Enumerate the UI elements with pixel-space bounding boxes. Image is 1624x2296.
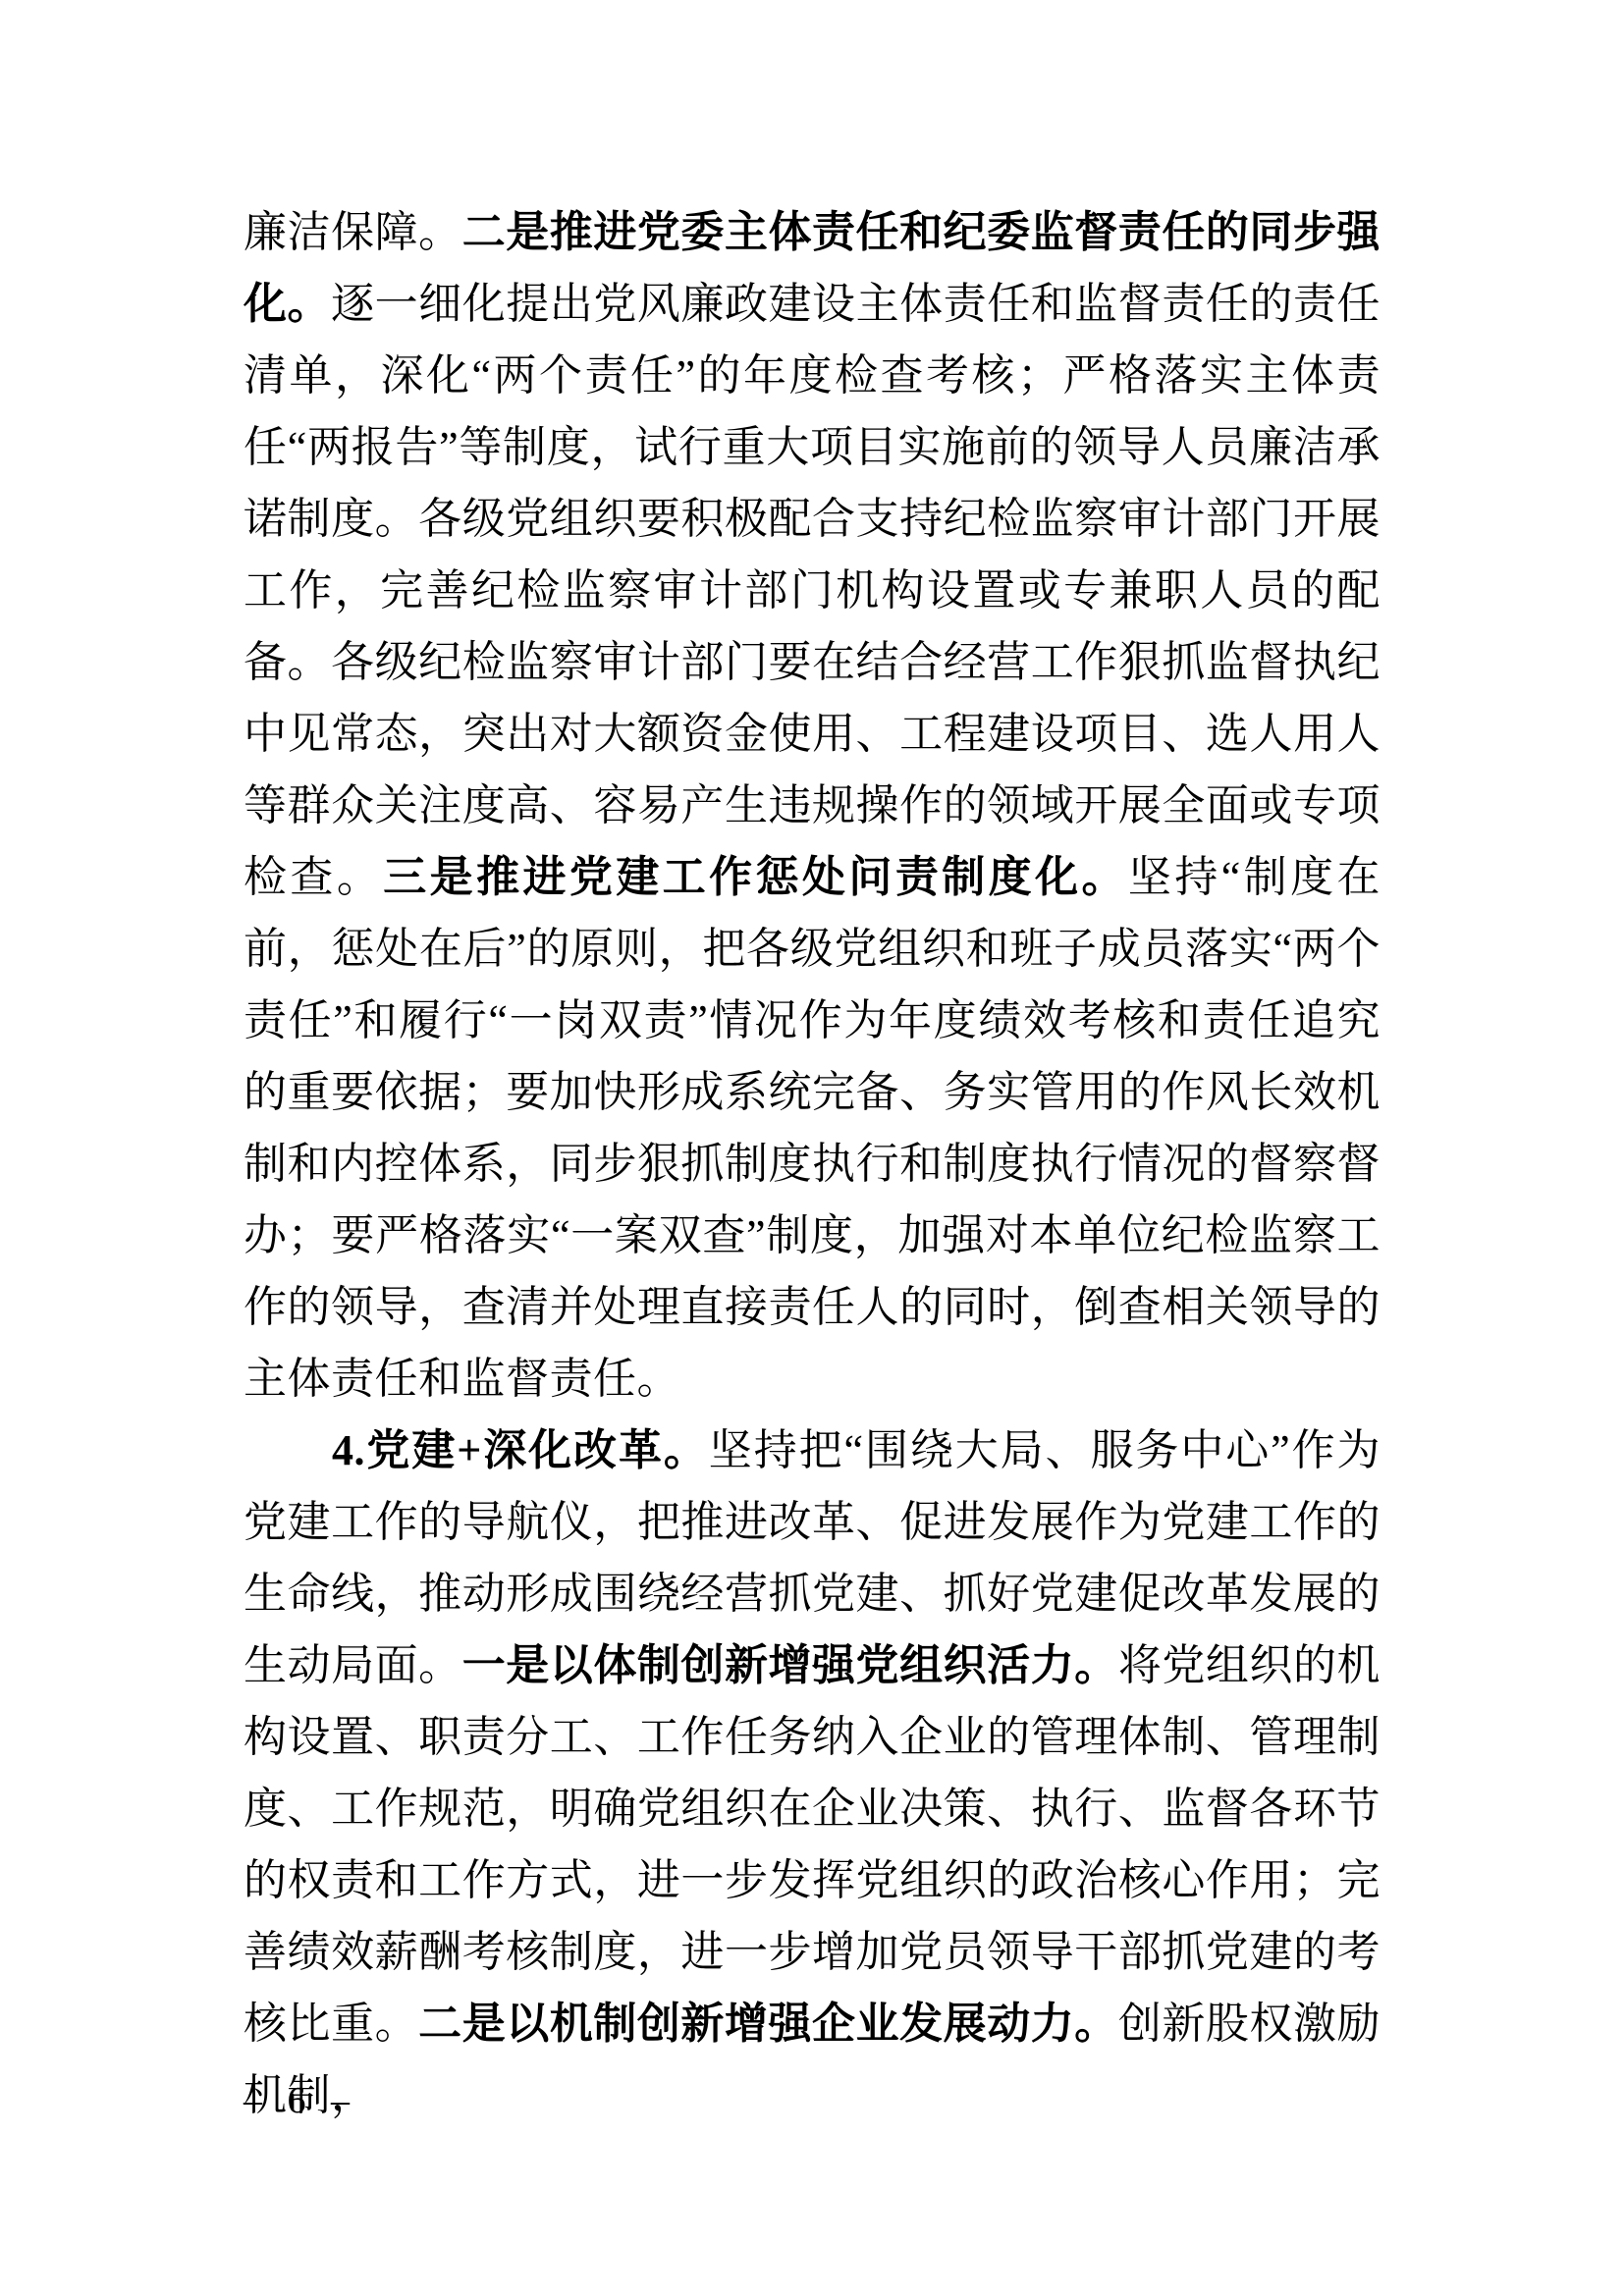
page-number: – 6 – — [244, 2079, 357, 2122]
document-body: 廉洁保障。二是推进党委主体责任和纪委监督责任的同步强化。逐一细化提出党风廉政建设… — [244, 196, 1380, 2131]
text-run: 逐一细化提出党风廉政建设主体责任和监督责任的责任清单，深化“两个责任”的年度检查… — [244, 280, 1380, 901]
text-run-bold: 4.党建+深化改革。 — [332, 1426, 709, 1474]
paragraph-1: 廉洁保障。二是推进党委主体责任和纪委监督责任的同步强化。逐一细化提出党风廉政建设… — [244, 196, 1380, 1415]
text-run-bold: 一是以体制创新增强党组织活力。 — [462, 1641, 1118, 1689]
text-run: 廉洁保障。 — [244, 208, 462, 256]
text-run: 将党组织的机构设置、职责分工、工作任务纳入企业的管理体制、管理制度、工作规范，明… — [244, 1641, 1380, 2048]
text-run: 坚持“制度在前，惩处在后”的原则，把各级党组织和班子成员落实“两个责任”和履行“… — [244, 853, 1380, 1403]
paragraph-2: 4.党建+深化改革。坚持把“围绕大局、服务中心”作为党建工作的导航仪，把推进改革… — [244, 1415, 1380, 2131]
document-page: 廉洁保障。二是推进党委主体责任和纪委监督责任的同步强化。逐一细化提出党风廉政建设… — [0, 0, 1624, 2296]
text-run-bold: 三是推进党建工作惩处问责制度化。 — [383, 853, 1128, 901]
text-run-bold: 二是以机制创新增强企业发展动力。 — [418, 2000, 1118, 2048]
